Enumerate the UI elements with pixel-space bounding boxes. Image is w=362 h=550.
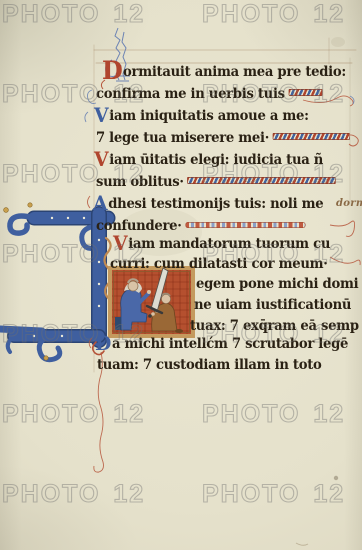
psalm-line-text: egem pone michi domi (196, 276, 358, 292)
psalm-line: Viam iniquitatis amoue a me: (94, 108, 309, 124)
psalm-line: Adhesi testimonijs tuis: noli me (93, 196, 323, 212)
watermark-text: PHOTO 12 (202, 320, 345, 349)
margin-note: dormi (336, 198, 362, 209)
line-filler-ornament (273, 133, 350, 140)
watermark-text: PHOTO 12 (2, 480, 145, 509)
watermark-text: PHOTO 12 (2, 0, 145, 29)
psalm-line: 7 lege tua miserere mei· (96, 130, 350, 146)
psalm-line-text: ormitauit anima mea pre tedio: (123, 64, 346, 80)
watermark-text: PHOTO 12 (2, 320, 145, 349)
psalm-line-text: 7 lege tua miserere mei· (96, 130, 269, 146)
kneeling-figure (151, 294, 183, 333)
psalm-line: ne uiam iustificationū (194, 297, 351, 313)
psalm-line-text: ne uiam iustificationū (194, 297, 351, 313)
watermark-text: PHOTO 12 (202, 0, 345, 29)
psalm-line-text: confundere· (96, 218, 182, 234)
psalm-line: Dormitauit anima mea pre tedio: (102, 64, 346, 80)
watermark-text: PHOTO 12 (202, 240, 345, 269)
sword-icon (147, 268, 168, 318)
psalm-line-text: dhesi testimonijs tuis: noli me (108, 196, 323, 212)
watermark-text: PHOTO 12 (202, 80, 345, 109)
watermark-text: PHOTO 12 (2, 160, 145, 189)
psalm-line: tuam: 7 custodiam illam in toto (97, 357, 322, 373)
watermark-text: PHOTO 12 (202, 160, 345, 189)
line-filler-ornament (185, 222, 305, 228)
psalm-line-text: tuam: 7 custodiam illam in toto (97, 357, 322, 373)
psalm-line: confundere· (96, 218, 306, 234)
manuscript-photo: Dormitauit anima mea pre tedio: confirma… (0, 0, 362, 550)
psalm-line: egem pone michi domi (196, 276, 358, 292)
watermark-text: PHOTO 12 (2, 80, 145, 109)
watermark-text: PHOTO 12 (202, 480, 345, 509)
watermark-text: PHOTO 12 (2, 400, 145, 429)
watermark-text: PHOTO 12 (2, 240, 145, 269)
watermark-text: PHOTO 12 (202, 400, 345, 429)
psalm-line-text: iam iniquitatis amoue a me: (109, 108, 308, 124)
